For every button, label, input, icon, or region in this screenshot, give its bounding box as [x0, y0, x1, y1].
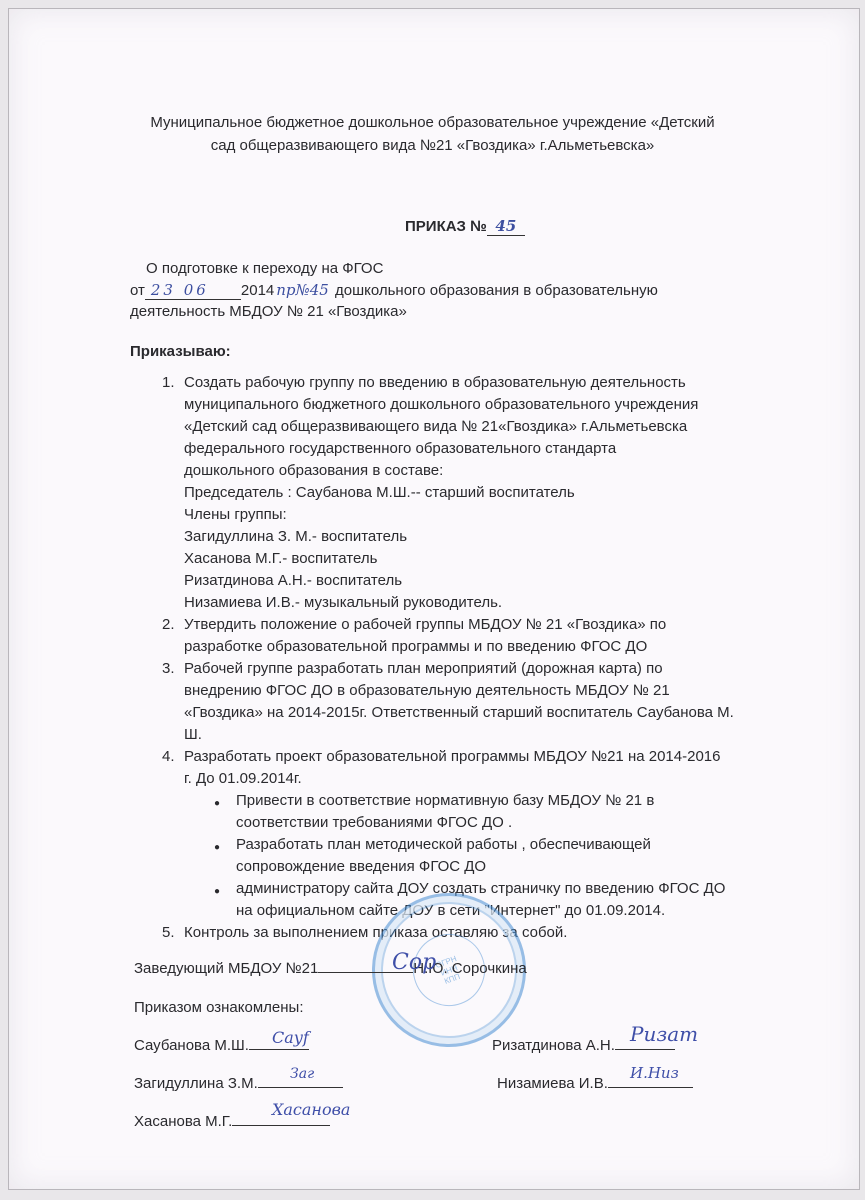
- head-signature: Сор: [392, 950, 436, 975]
- org-header-line1: Муниципальное бюджетное дошкольное образ…: [0, 114, 865, 132]
- bullet-line: администратору сайта ДОУ создать странич…: [236, 880, 725, 898]
- item-line: Ризатдинова А.Н.- воспитатель: [184, 572, 402, 590]
- order-date-line: от23 062014пр№45 дошкольного образования…: [130, 281, 658, 300]
- head-signoff: Заведующий МБДОУ №21Н.Ю. Сорочкина: [134, 960, 527, 978]
- acquaintance-name: Саубанова М.Ш.: [134, 1037, 249, 1054]
- date-prefix: от: [130, 282, 145, 299]
- subject-line2: дошкольного образования в образовательну…: [335, 282, 658, 299]
- order-date: 23 06: [145, 281, 241, 300]
- item-line: Низамиева И.В.- музыкальный руководитель…: [184, 594, 502, 612]
- item-line: Председатель : Саубанова М.Ш.-- старший …: [184, 484, 575, 502]
- bullet-line: Разработать план методической работы , о…: [236, 836, 651, 854]
- bullet-icon: ●: [214, 795, 220, 813]
- handwritten-note: пр№45: [276, 281, 329, 299]
- item-number: 2.: [162, 616, 175, 634]
- order-subject-line3: деятельность МБДОУ № 21 «Гвоздика»: [130, 303, 407, 321]
- item-line: дошкольного образования в составе:: [184, 462, 443, 480]
- item-line: разработке образовательной программы и п…: [184, 638, 647, 656]
- item-line: федерального государственного образовате…: [184, 440, 616, 458]
- org-header-line2: сад общеразвивающего вида №21 «Гвоздика»…: [0, 137, 865, 155]
- bullet-line: Привести в соответствие нормативную базу…: [236, 792, 654, 810]
- bullet-icon: ●: [214, 839, 220, 857]
- bullet-line: соответствии требованиями ФГОС ДО .: [236, 814, 512, 832]
- acquainted-label: Приказом ознакомлены:: [134, 999, 304, 1017]
- item-line: внедрению ФГОС ДО в образовательную деят…: [184, 682, 670, 700]
- signature-line: [232, 1125, 330, 1126]
- item-number: 1.: [162, 374, 175, 392]
- item-line: г. До 01.09.2014г.: [184, 770, 302, 788]
- signature-saubanova: Саyf: [272, 1028, 309, 1047]
- acquaintance-name: Загидуллина З.М.: [134, 1075, 258, 1092]
- item-line: Члены группы:: [184, 506, 287, 524]
- item-line: Создать рабочую группу по введению в обр…: [184, 374, 686, 392]
- signature-line: [258, 1087, 343, 1088]
- acquaintance-name: Ризатдинова А.Н.: [492, 1037, 615, 1054]
- signature-nizamieva: И.Низ: [630, 1064, 679, 1082]
- order-title-prefix: ПРИКАЗ №: [405, 218, 487, 235]
- acquaintance-name: Низамиева И.В.: [497, 1075, 608, 1092]
- item-line: муниципального бюджетного дошкольного об…: [184, 396, 698, 414]
- item-line: Утвердить положение о рабочей группы МБД…: [184, 616, 666, 634]
- item-number: 4.: [162, 748, 175, 766]
- signature-line: [249, 1049, 309, 1050]
- signature-rizatdinova: Ризат: [630, 1022, 698, 1046]
- item-line: «Детский сад общеразвивающего вида № 21«…: [184, 418, 687, 436]
- order-title: ПРИКАЗ №45: [405, 217, 525, 236]
- order-year: 2014: [241, 282, 274, 299]
- item-line: Загидуллина З. М.- воспитатель: [184, 528, 407, 546]
- item-line: Ш.: [184, 726, 202, 744]
- signature-zagidullina: Заг: [290, 1066, 314, 1082]
- bullet-line: сопровождение введения ФГОС ДО: [236, 858, 486, 876]
- item-line: Рабочей группе разработать план мероприя…: [184, 660, 663, 678]
- acquaintance-name: Хасанова М.Г.: [134, 1113, 232, 1130]
- signature-line: [608, 1087, 693, 1088]
- item-line: Хасанова М.Г.- воспитатель: [184, 550, 377, 568]
- order-subject-line1: О подготовке к переходу на ФГОС: [146, 260, 383, 278]
- item-number: 5.: [162, 924, 175, 942]
- head-title: Заведующий МБДОУ №21: [134, 960, 318, 977]
- order-number: 45: [487, 217, 525, 236]
- bullet-icon: ●: [214, 883, 220, 901]
- item-line: «Гвоздика» на 2014-2015г. Ответственный …: [184, 704, 734, 722]
- item-line: Разработать проект образовательной прогр…: [184, 748, 720, 766]
- item-number: 3.: [162, 660, 175, 678]
- signature-line: [615, 1049, 675, 1050]
- body-heading: Приказываю:: [130, 343, 231, 361]
- signature-khasanova: Хасанова: [272, 1100, 350, 1119]
